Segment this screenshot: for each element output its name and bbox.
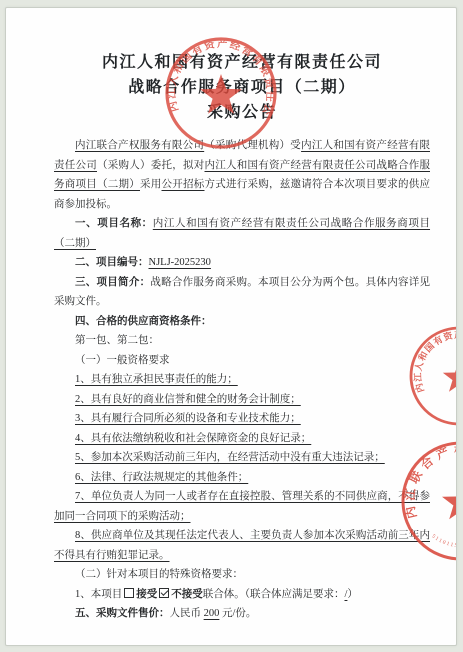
req-item-7: 7、单位负责人为同一人或者存在直接控股、管理关系的不同供应商，不得参加同一合同项… xyxy=(54,487,430,526)
general-req-header: （一）一般资格要求 xyxy=(54,351,430,371)
req-item-2: 2、具有良好的商业信誉和健全的财务会计制度； xyxy=(54,390,430,410)
req-item-3: 3、具有履行合同所必须的设备和专业技术能力； xyxy=(54,409,430,429)
text-segment: 7、单位负责人为同一人或者存在直接控股、管理关系的不同供应商，不得参加同一合同项… xyxy=(54,491,430,522)
text-segment: 2、具有良好的商业信誉和健全的财务会计制度； xyxy=(75,394,301,405)
project-name: 一、项目名称：内江人和国有资产经营有限责任公司战略合作服务商项目（二期） xyxy=(54,214,430,253)
text-segment: 1、本项目 xyxy=(75,589,122,600)
special-req-header: （二）针对本项目的特殊资格要求： xyxy=(54,565,430,585)
project-number: 二、项目编号：NJLJ-2025230 xyxy=(54,253,430,273)
req-item-4: 4、具有依法缴纳税收和社会保障资金的良好记录； xyxy=(54,429,430,449)
text-segment: 元/份。 xyxy=(219,608,256,619)
text-segment: 5、参加本次采购活动前三年内，在经营活动中没有重大违法记录； xyxy=(75,452,385,463)
text-segment: （一）一般资格要求 xyxy=(75,355,170,366)
text-segment: ） xyxy=(347,589,358,600)
text-segment: 五、采购文件售价： xyxy=(75,608,170,619)
title-announcement-type: 采购公告 xyxy=(54,100,430,125)
text-segment: 接受 xyxy=(136,589,157,600)
document-content: 内江人和国有资产经营有限责任公司 战略合作服务商项目（二期） 采购公告 内江联合… xyxy=(6,8,456,624)
screenshot-root: { "title": { "line1": "内江人和国有资产经营有限责任公司"… xyxy=(0,0,463,652)
req-item-1: 1、具有独立承担民事责任的能力； xyxy=(54,370,430,390)
document-page: 内江人和国有资产经营有限责任公司 内江人和国有资产经营有限责任公司 内江联合产权… xyxy=(5,7,457,646)
intro-paragraph: 内江联合产权服务有限公司（采购代理机构）受内江人和国有资产经营有限责任公司（采购… xyxy=(54,136,430,214)
text-segment: 二、项目编号： xyxy=(75,257,149,268)
text-segment: 8、供应商单位及其现任法定代表人、主要负责人参加本次采购活动前三年内不得具有行贿… xyxy=(54,530,430,561)
text-segment: 四、合格的供应商资格条件： xyxy=(75,316,212,327)
title-project-name: 战略合作服务商项目（二期） xyxy=(54,75,430,100)
text-segment: 200 xyxy=(204,608,220,619)
packages-line: 第一包、第二包： xyxy=(54,331,430,351)
req-item-5: 5、参加本次采购活动前三年内，在经营活动中没有重大违法记录； xyxy=(54,448,430,468)
consortium-line: 1、本项目接受不接受联合体。（联合体应满足要求：/） xyxy=(54,585,430,605)
text-segment: 4、具有依法缴纳税收和社会保障资金的良好记录； xyxy=(75,433,311,444)
text-segment: 1、具有独立承担民事责任的能力； xyxy=(75,374,238,385)
document-title-block: 内江人和国有资产经营有限责任公司 战略合作服务商项目（二期） 采购公告 xyxy=(54,50,430,125)
text-segment: 联合体。（联合体应满足要求： xyxy=(203,589,345,600)
doc-price: 五、采购文件售价：人民币 200 元/份。 xyxy=(54,604,430,624)
text-segment: （采购代理机构）受 xyxy=(204,140,301,151)
text-segment: 6、法律、行政法规规定的其他条件； xyxy=(75,472,248,483)
text-segment: 三、项目简介： xyxy=(75,277,150,288)
req-item-8: 8、供应商单位及其现任法定代表人、主要负责人参加本次采购活动前三年内不得具有行贿… xyxy=(54,526,430,565)
text-segment: 公开招标 xyxy=(162,179,205,190)
text-segment: 3、具有履行合同所必须的设备和专业技术能力； xyxy=(75,413,301,424)
text-segment: 内江联合产权服务有限公司 xyxy=(75,140,204,151)
text-segment: （采购人）委托，拟对 xyxy=(97,160,205,171)
req-item-6: 6、法律、行政法规规定的其他条件； xyxy=(54,468,430,488)
text-segment: 人民币 xyxy=(170,608,204,619)
checkbox-checked[interactable] xyxy=(159,588,169,598)
qualification-header: 四、合格的供应商资格条件： xyxy=(54,312,430,332)
text-segment: 不接受 xyxy=(171,589,203,600)
title-company-name: 内江人和国有资产经营有限责任公司 xyxy=(54,50,430,75)
document-body: 内江联合产权服务有限公司（采购代理机构）受内江人和国有资产经营有限责任公司（采购… xyxy=(54,136,430,624)
text-segment: 采用 xyxy=(140,179,162,190)
text-segment: 第一包、第二包： xyxy=(75,335,159,346)
text-segment: NJLJ-2025230 xyxy=(149,257,211,268)
text-segment: 一、项目名称： xyxy=(75,218,153,229)
text-segment: （二）针对本项目的特殊资格要求： xyxy=(75,569,243,580)
project-brief: 三、项目简介：战略合作服务商采购。本项目公分为两个包。具体内容详见采购文件。 xyxy=(54,273,430,312)
checkbox-unchecked[interactable] xyxy=(124,588,134,598)
